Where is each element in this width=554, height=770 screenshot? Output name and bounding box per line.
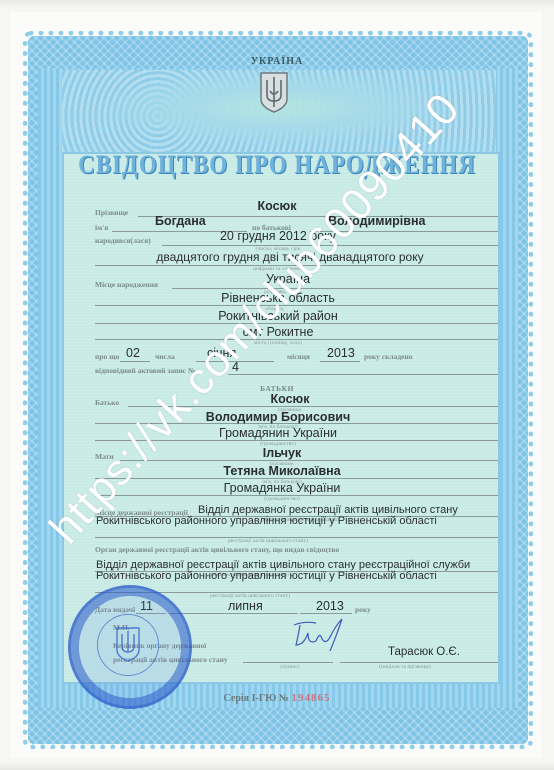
document-title: СВІДОЦТВО ПРО НАРОДЖЕННЯ	[0, 150, 554, 180]
signature-caption: (підпис)	[280, 664, 299, 670]
record-year: 2013	[327, 346, 355, 360]
record-day-label: числа	[155, 352, 175, 361]
country-name: УКРАЇНА	[0, 56, 554, 67]
record-day-line	[120, 361, 150, 362]
stamp-trident-icon	[115, 626, 141, 662]
mother-name: Тетяна Миколаївна	[223, 464, 340, 478]
father-name: Володимир Борисович	[206, 410, 350, 424]
record-year-suffix: року складено	[364, 352, 413, 361]
mother-surname: Ільчук	[263, 446, 301, 460]
record-day: 02	[126, 346, 140, 360]
issue-month-line	[170, 613, 298, 614]
name-label: ім'я	[95, 223, 108, 232]
birthplace-country-line	[172, 288, 498, 289]
act-record-line	[228, 374, 498, 375]
official-line	[340, 662, 498, 663]
issuer-value: Відділ державної реєстрації актів цивіль…	[96, 560, 506, 582]
father-surname: Косюк	[271, 392, 310, 406]
mother-citizenship: Громадянка України	[224, 481, 341, 495]
record-year-line	[320, 361, 360, 362]
issue-month: липня	[228, 599, 263, 613]
serial-value: 194865	[291, 692, 330, 704]
born-label: народився(лася)	[95, 236, 151, 245]
record-month-label: місяця	[287, 352, 310, 361]
official-caption: (ініціали та прізвище)	[379, 664, 431, 670]
father-label: Батько	[95, 398, 119, 407]
serial-number: Серія І-ГЮ № 194865	[0, 692, 554, 704]
child-surname: Косюк	[258, 199, 297, 213]
signature	[290, 615, 350, 655]
mother-surname-line	[120, 460, 498, 461]
issue-year-suffix: року	[355, 605, 371, 614]
mother-citizenship-caption: (громадянство)	[264, 496, 300, 502]
registration-place-value: Відділ державної реєстрації актів цивіль…	[96, 505, 506, 527]
issuer-label: Орган державної реєстрації актів цивільн…	[95, 545, 339, 554]
father-citizenship: Громадянин України	[219, 426, 337, 440]
child-name: Богдана	[155, 214, 206, 228]
issue-year: 2013	[316, 599, 344, 613]
birthplace-district-line	[95, 323, 498, 324]
serial-label: Серія І-ГЮ №	[224, 693, 289, 704]
registration-place-caption-2: реєстрації актів цивільного стану)	[228, 538, 308, 544]
trident-icon	[259, 71, 289, 113]
official-stamp	[68, 585, 192, 709]
official-name: Тарасюк О.Є.	[388, 646, 460, 658]
record-prefix: про що	[95, 352, 119, 361]
issue-year-line	[300, 613, 352, 614]
birthplace-label: Місце народження	[95, 280, 158, 289]
surname-label: Прізвище	[95, 208, 128, 217]
signature-line	[243, 662, 333, 663]
